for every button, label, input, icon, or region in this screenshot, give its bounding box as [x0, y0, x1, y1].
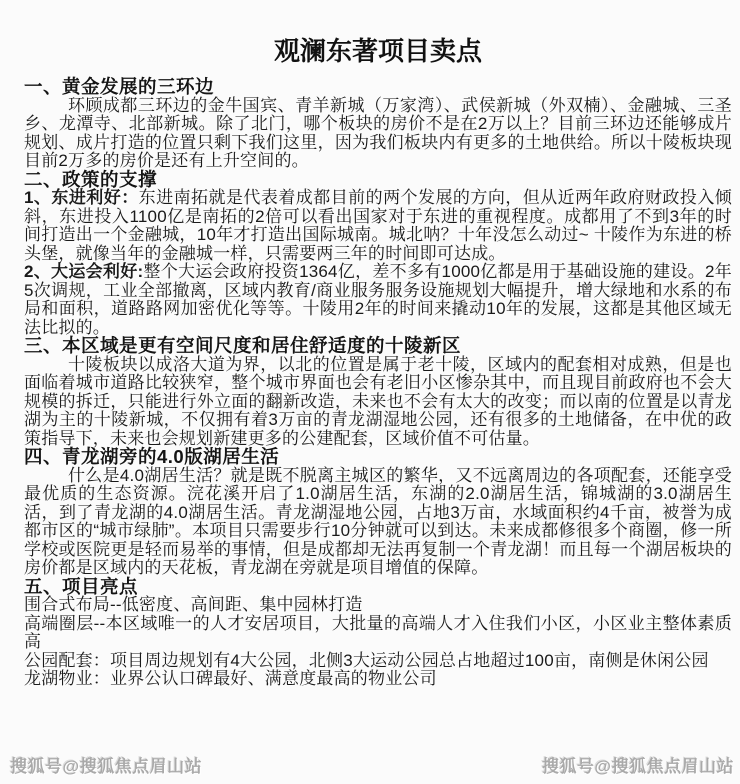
paragraph-text: 围合式布局--低密度、高间距、集中园林打造 — [24, 595, 363, 614]
paragraph: 1、东进利好：东进南拓就是代表着成都目前的两个发展的方向，但从近两年政府财政投入… — [24, 189, 732, 263]
highlight-parks: 公园配套：项目周边规划有4大公园，北侧3大运动公园总占地超过100亩，南侧是休闲… — [24, 652, 732, 671]
paragraph-label: 1、东进利好： — [24, 188, 139, 207]
paragraph-text: 什么是4.0湖居生活？就是既不脱离主城区的繁华，又不远离周边的各项配套，还能享受… — [24, 466, 732, 578]
section-heading: 四、青龙湖旁的4.0版湖居生活 — [24, 448, 732, 467]
section-golden-third-ring: 一、黄金发展的三环边 环顾成都三环边的金牛国宾、青羊新城（万家湾）、武侯新城（外… — [24, 78, 732, 171]
section-policy-support: 二、政策的支撑 1、东进利好：东进南拓就是代表着成都目前的两个发展的方向，但从近… — [24, 171, 732, 338]
paragraph: 十陵板块以成洛大道为界，以北的位置是属于老十陵，区域内的配套相对成熟，但是也面临… — [24, 356, 732, 449]
highlight-property: 龙湖物业：业界公认口碑最好、满意度最高的物业公司 — [24, 670, 732, 689]
paragraph-text: 十陵板块以成洛大道为界，以北的位置是属于老十陵，区域内的配套相对成熟，但是也面临… — [24, 355, 732, 448]
section-heading: 三、本区域是更有空间尺度和居住舒适度的十陵新区 — [24, 337, 732, 356]
highlight-community: 高端圈层--本区域唯一的人才安居项目，大批量的高端人才入住我们小区，小区业主整体… — [24, 615, 732, 652]
paragraph: 环顾成都三环边的金牛国宾、青羊新城（万家湾）、武侯新城（外双楠）、金融城、三圣乡… — [24, 97, 732, 171]
section-shiling-new-district: 三、本区域是更有空间尺度和居住舒适度的十陵新区 十陵板块以成洛大道为界，以北的位… — [24, 337, 732, 448]
page-title: 观澜东著项目卖点 — [24, 36, 732, 66]
paragraph-text: 高端圈层--本区域唯一的人才安居项目，大批量的高端人才入住我们小区，小区业主整体… — [24, 614, 732, 652]
section-heading: 一、黄金发展的三环边 — [24, 78, 732, 97]
watermark-sohu-left: 搜狐号@搜狐焦点眉山站 — [10, 752, 202, 777]
section-project-highlights: 五、项目亮点 围合式布局--低密度、高间距、集中园林打造 高端圈层--本区域唯一… — [24, 578, 732, 689]
paragraph: 2、大运会利好:整个大运会政府投资1364亿，差不多有1000亿都是用于基础设施… — [24, 263, 732, 337]
document-page: 观澜东著项目卖点 一、黄金发展的三环边 环顾成都三环边的金牛国宾、青羊新城（万家… — [0, 0, 740, 784]
section-heading: 二、政策的支撑 — [24, 171, 732, 190]
document-content: 观澜东著项目卖点 一、黄金发展的三环边 环顾成都三环边的金牛国宾、青羊新城（万家… — [0, 0, 740, 689]
section-lake-life: 四、青龙湖旁的4.0版湖居生活 什么是4.0湖居生活？就是既不脱离主城区的繁华，… — [24, 448, 732, 578]
highlight-layout: 围合式布局--低密度、高间距、集中园林打造 — [24, 596, 732, 615]
section-heading: 五、项目亮点 — [24, 578, 732, 597]
watermark-sohu-right: 搜狐号@搜狐焦点眉山站 — [542, 752, 734, 777]
paragraph-label: 2、大运会利好: — [24, 262, 143, 281]
paragraph: 什么是4.0湖居生活？就是既不脱离主城区的繁华，又不远离周边的各项配套，还能享受… — [24, 467, 732, 578]
paragraph-text: 公园配套：项目周边规划有4大公园，北侧3大运动公园总占地超过100亩，南侧是休闲… — [24, 651, 709, 670]
paragraph-text: 环顾成都三环边的金牛国宾、青羊新城（万家湾）、武侯新城（外双楠）、金融城、三圣乡… — [24, 96, 732, 171]
paragraph-text: 龙湖物业：业界公认口碑最好、满意度最高的物业公司 — [24, 669, 437, 688]
